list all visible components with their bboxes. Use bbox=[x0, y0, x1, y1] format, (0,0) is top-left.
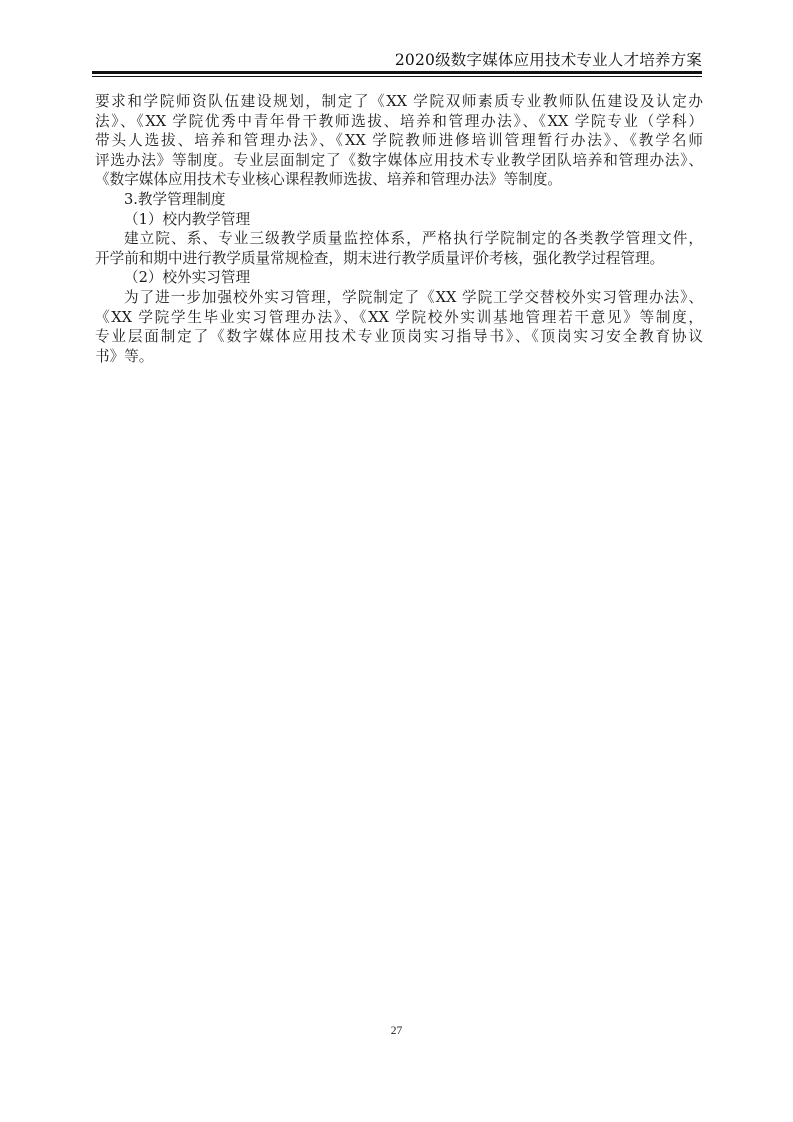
document-title: 2020级数字媒体应用技术专业人才培养方案 bbox=[395, 48, 702, 70]
text-line: 为了进一步加强校外实习管理，学院制定了《XX 学院工学交替校外实习管理办法》、 bbox=[95, 288, 703, 308]
header-rule-thick bbox=[92, 71, 702, 74]
header-rule-thin bbox=[92, 76, 702, 77]
text-line: 法》、《XX 学院优秀中青年骨干教师选拔、培养和管理办法》、《XX 学院专业（学… bbox=[95, 112, 703, 132]
text-line: 要求和学院师资队伍建设规划，制定了《XX 学院双师素质专业教师队伍建设及认定办 bbox=[95, 92, 703, 112]
text-line: 专业层面制定了《数字媒体应用技术专业顶岗实习指导书》、《顶岗实习安全教育协议 bbox=[95, 327, 703, 347]
text-line: 建立院、系、专业三级教学质量监控体系，严格执行学院制定的各类教学管理文件， bbox=[95, 229, 703, 249]
paragraph-external-internship: 为了进一步加强校外实习管理，学院制定了《XX 学院工学交替校外实习管理办法》、 … bbox=[95, 288, 703, 366]
subsection-heading-external: （2）校外实习管理 bbox=[95, 268, 703, 288]
page-number: 27 bbox=[0, 1025, 793, 1037]
text-line: 开学前和期中进行教学质量常规检查，期末进行教学质量评价考核，强化教学过程管理。 bbox=[95, 249, 703, 269]
text-line: 书》等。 bbox=[95, 347, 703, 367]
paragraph-internal-management: 建立院、系、专业三级教学质量监控体系，严格执行学院制定的各类教学管理文件， 开学… bbox=[95, 229, 703, 268]
text-line: 带头人选拔、培养和管理办法》、《XX 学院教师进修培训管理暂行办法》、《教学名师 bbox=[95, 131, 703, 151]
text-line: 《数字媒体应用技术专业核心课程教师选拔、培养和管理办法》等制度。 bbox=[95, 170, 703, 190]
text-line: 评选办法》等制度。专业层面制定了《数字媒体应用技术专业教学团队培养和管理办法》、 bbox=[95, 151, 703, 171]
paragraph-faculty-policies: 要求和学院师资队伍建设规划，制定了《XX 学院双师素质专业教师队伍建设及认定办 … bbox=[95, 92, 703, 190]
subsection-heading-internal: （1）校内教学管理 bbox=[95, 210, 703, 230]
page-body: 要求和学院师资队伍建设规划，制定了《XX 学院双师素质专业教师队伍建设及认定办 … bbox=[95, 92, 703, 366]
section-heading-teaching-management: 3.教学管理制度 bbox=[95, 190, 703, 210]
page-header: 2020级数字媒体应用技术专业人才培养方案 bbox=[92, 46, 702, 70]
text-line: 《XX 学院学生毕业实习管理办法》、《XX 学院校外实训基地管理若干意见》等制度… bbox=[95, 308, 703, 328]
